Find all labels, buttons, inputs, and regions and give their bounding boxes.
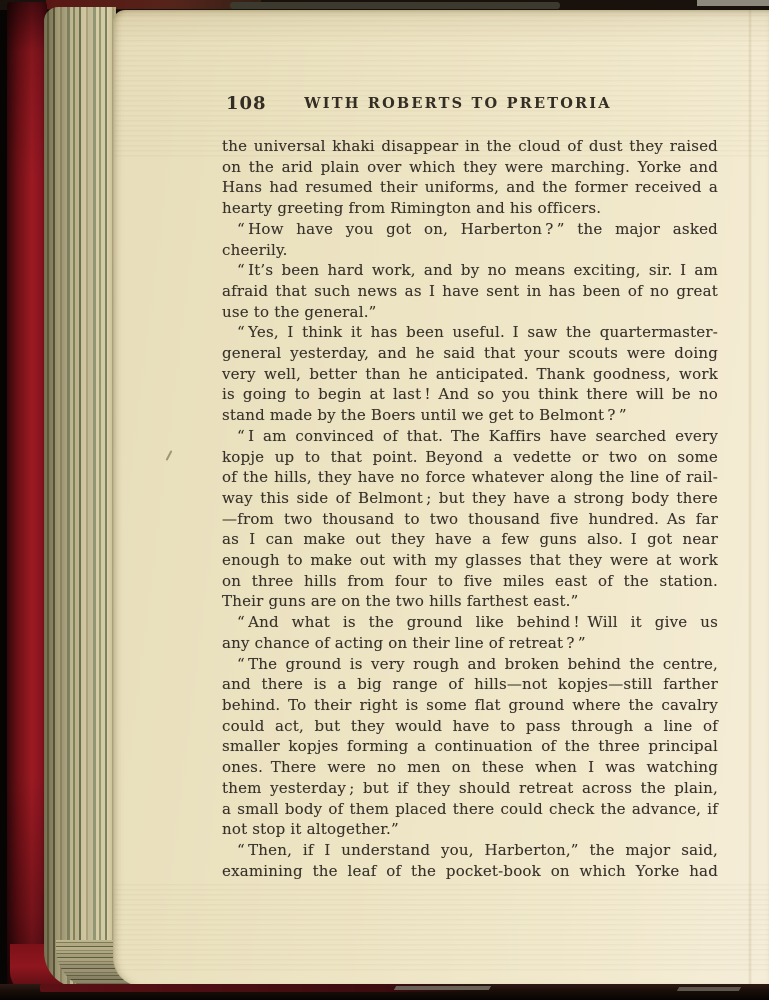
text-line: is going to begin at last ! And so you t… — [222, 384, 718, 405]
text-line: “ Yes, I think it has been useful. I saw… — [222, 322, 718, 343]
paper-texture — [114, 884, 769, 974]
paragraph: “ How have you got on, Harberton ? ” the… — [222, 219, 718, 260]
page-body: the universal khaki disappear in the clo… — [222, 136, 718, 881]
page-block-top-edge — [230, 2, 560, 9]
text-line: as I can make out they have a few guns a… — [222, 529, 718, 550]
text-line: “ The ground is very rough and broken be… — [222, 654, 718, 675]
text-line: not stop it altogether.” — [222, 819, 718, 840]
text-line: and there is a big range of hills—not ko… — [222, 674, 718, 695]
paragraph: “ Yes, I think it has been useful. I saw… — [222, 322, 718, 426]
text-line: Their guns are on the two hills farthest… — [222, 591, 718, 612]
paragraph: “ It’s been hard work, and by no means e… — [222, 260, 718, 322]
text-line: “ How have you got on, Harberton ? ” the… — [222, 219, 718, 240]
text-line: cheerily. — [222, 240, 718, 261]
text-line: enough to make out with my glasses that … — [222, 550, 718, 571]
text-line: the universal khaki disappear in the clo… — [222, 136, 718, 157]
text-line: “ I am convinced of that. The Kaffirs ha… — [222, 426, 718, 447]
text-line: examining the leaf of the pocket-book on… — [222, 861, 718, 882]
paragraph: “ And what is the ground like behind ! W… — [222, 612, 718, 653]
text-line: hearty greeting from Rimington and his o… — [222, 198, 718, 219]
text-line: “ It’s been hard work, and by no means e… — [222, 260, 718, 281]
book-page: 108 WITH ROBERTS TO PRETORIA the univers… — [113, 10, 769, 986]
text-line: on three hills from four to five miles e… — [222, 571, 718, 592]
text-line: could act, but they would have to pass t… — [222, 716, 718, 737]
paragraph: “ The ground is very rough and broken be… — [222, 654, 718, 840]
text-line: way this side of Belmont ; but they have… — [222, 488, 718, 509]
paragraph: “ Then, if I understand you, Harberton,”… — [222, 840, 718, 881]
paragraph: “ I am convinced of that. The Kaffirs ha… — [222, 426, 718, 612]
text-line: use to the general.” — [222, 302, 718, 323]
text-line: kopje up to that point. Beyond a vedette… — [222, 447, 718, 468]
text-line: “ Then, if I understand you, Harberton,”… — [222, 840, 718, 861]
text-line: of the hills, they have no force whateve… — [222, 467, 718, 488]
text-line: stand made by the Boers until we get to … — [222, 405, 718, 426]
book-bottom-edge — [0, 984, 769, 1000]
background-sliver — [677, 987, 741, 991]
page-edge-stack — [44, 7, 116, 988]
text-line: ones. There were no men on these when I … — [222, 757, 718, 778]
text-line: —from two thousand to two thousand five … — [222, 509, 718, 530]
text-line: “ And what is the ground like behind ! W… — [222, 612, 718, 633]
text-line: smaller kopjes forming a continuation of… — [222, 736, 718, 757]
book-photo: 108 WITH ROBERTS TO PRETORIA the univers… — [0, 0, 769, 1000]
text-line: any chance of acting on their line of re… — [222, 633, 718, 654]
background-sliver — [394, 986, 491, 990]
text-line: afraid that such news as I have sent in … — [222, 281, 718, 302]
text-line: a small body of them placed there could … — [222, 799, 718, 820]
paragraph: the universal khaki disappear in the clo… — [222, 136, 718, 219]
paper-scratch-mark — [166, 450, 173, 461]
background-sliver — [697, 0, 769, 6]
page-header: 108 WITH ROBERTS TO PRETORIA — [222, 93, 718, 115]
text-line: very well, better than he anticipated. T… — [222, 364, 718, 385]
text-line: general yesterday, and he said that your… — [222, 343, 718, 364]
text-line: them yesterday ; but if they should retr… — [222, 778, 718, 799]
running-header: WITH ROBERTS TO PRETORIA — [210, 93, 706, 112]
text-line: Hans had resumed their uniforms, and the… — [222, 177, 718, 198]
book-cover-spine — [7, 2, 47, 994]
text-line: behind. To their right is some flat grou… — [222, 695, 718, 716]
text-line: on the arid plain over which they were m… — [222, 157, 718, 178]
page-crease — [748, 10, 752, 986]
